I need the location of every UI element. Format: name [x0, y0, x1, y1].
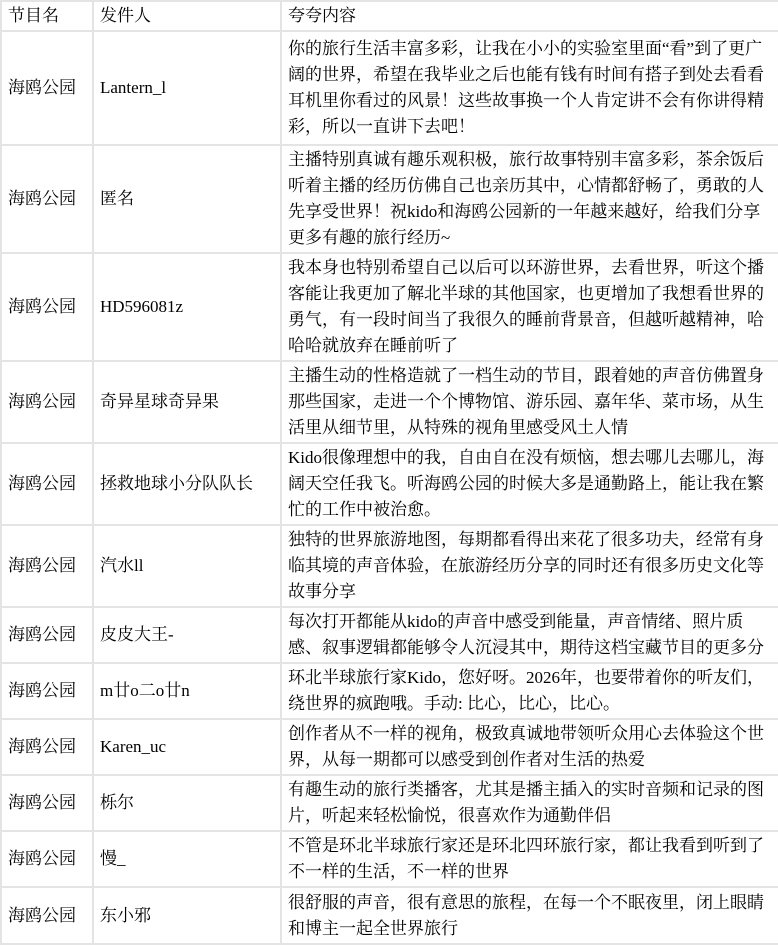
program-cell: 海鸥公园: [1, 663, 93, 719]
table-row: 海鸥公园 汽水ll 独特的世界旅游地图，每期都看得出来花了很多功夫，经常有身临其…: [1, 525, 778, 607]
program-cell: 海鸥公园: [1, 887, 93, 944]
sender-cell: Lantern_l: [93, 31, 281, 145]
sender-cell: 慢_: [93, 831, 281, 887]
content-cell: 你的旅行生活丰富多彩，让我在小小的实验室里面“看”到了更广阔的世界，希望在我毕业…: [281, 31, 778, 145]
sender-cell: 匿名: [93, 145, 281, 253]
table-row: 海鸥公园 匿名 主播特别真诚有趣乐观积极，旅行故事特别丰富多彩，茶余饭后听着主播…: [1, 145, 778, 253]
table-row: 海鸥公园 奇异星球奇异果 主播生动的性格造就了一档生动的节目，跟着她的声音仿佛置…: [1, 361, 778, 443]
program-cell: 海鸥公园: [1, 525, 93, 607]
praise-table: 节目名 发件人 夸夸内容 海鸥公园 Lantern_l 你的旅行生活丰富多彩，让…: [0, 0, 778, 945]
sender-cell: 奇异星球奇异果: [93, 361, 281, 443]
program-cell: 海鸥公园: [1, 775, 93, 831]
header-row: 节目名 发件人 夸夸内容: [1, 1, 778, 31]
content-cell: 创作者从不一样的视角，极致真诚地带领听众用心去体验这个世界，从每一期都可以感受到…: [281, 719, 778, 775]
table-row: 海鸥公园 HD596081z 我本身也特别希望自己以后可以环游世界，去看世界，听…: [1, 253, 778, 361]
header-sender: 发件人: [93, 1, 281, 31]
sender-cell: 栎尔: [93, 775, 281, 831]
table-row: 海鸥公园 慢_ 不管是环北半球旅行家还是环北四环旅行家，都让我看到听到了不一样的…: [1, 831, 778, 887]
program-cell: 海鸥公园: [1, 145, 93, 253]
sender-cell: m廿o二o廿n: [93, 663, 281, 719]
header-content: 夸夸内容: [281, 1, 778, 31]
sender-cell: Karen_uc: [93, 719, 281, 775]
content-cell: 主播生动的性格造就了一档生动的节目，跟着她的声音仿佛置身那些国家，走进一个个博物…: [281, 361, 778, 443]
program-cell: 海鸥公园: [1, 831, 93, 887]
program-cell: 海鸥公园: [1, 443, 93, 525]
content-cell: Kido很像理想中的我，自由自在没有烦恼，想去哪儿去哪儿，海阔天空任我飞。听海鸥…: [281, 443, 778, 525]
content-cell: 主播特别真诚有趣乐观积极，旅行故事特别丰富多彩，茶余饭后听着主播的经历仿佛自己也…: [281, 145, 778, 253]
content-cell: 独特的世界旅游地图，每期都看得出来花了很多功夫，经常有身临其境的声音体验，在旅游…: [281, 525, 778, 607]
content-cell: 不管是环北半球旅行家还是环北四环旅行家，都让我看到听到了不一样的生活，不一样的世…: [281, 831, 778, 887]
sender-cell: 皮皮大王-: [93, 607, 281, 663]
sender-cell: 东小邪: [93, 887, 281, 944]
program-cell: 海鸥公园: [1, 253, 93, 361]
sender-cell: 汽水ll: [93, 525, 281, 607]
table-row: 海鸥公园 皮皮大王- 每次打开都能从kido的声音中感受到能量，声音情绪、照片质…: [1, 607, 778, 663]
program-cell: 海鸥公园: [1, 719, 93, 775]
program-cell: 海鸥公园: [1, 361, 93, 443]
program-cell: 海鸥公园: [1, 31, 93, 145]
table-row: 海鸥公园 栎尔 有趣生动的旅行类播客，尤其是播主插入的实时音频和记录的图片，听起…: [1, 775, 778, 831]
table-row: 海鸥公园 拯救地球小分队队长 Kido很像理想中的我，自由自在没有烦恼，想去哪儿…: [1, 443, 778, 525]
sender-cell: 拯救地球小分队队长: [93, 443, 281, 525]
table-row: 海鸥公园 m廿o二o廿n 环北半球旅行家Kido，您好呀。2026年，也要带着你…: [1, 663, 778, 719]
sender-cell: HD596081z: [93, 253, 281, 361]
header-program: 节目名: [1, 1, 93, 31]
table-row: 海鸥公园 Karen_uc 创作者从不一样的视角，极致真诚地带领听众用心去体验这…: [1, 719, 778, 775]
table-row: 海鸥公园 东小邪 很舒服的声音，很有意思的旅程，在每一个不眠夜里，闭上眼睛和博主…: [1, 887, 778, 944]
content-cell: 很舒服的声音，很有意思的旅程，在每一个不眠夜里，闭上眼睛和博主一起全世界旅行: [281, 887, 778, 944]
content-cell: 有趣生动的旅行类播客，尤其是播主插入的实时音频和记录的图片，听起来轻松愉悦，很喜…: [281, 775, 778, 831]
program-cell: 海鸥公园: [1, 607, 93, 663]
content-cell: 环北半球旅行家Kido，您好呀。2026年，也要带着你的听友们，绕世界的疯跑哦。…: [281, 663, 778, 719]
content-cell: 每次打开都能从kido的声音中感受到能量，声音情绪、照片质感、叙事逻辑都能够令人…: [281, 607, 778, 663]
table-row: 海鸥公园 Lantern_l 你的旅行生活丰富多彩，让我在小小的实验室里面“看”…: [1, 31, 778, 145]
content-cell: 我本身也特别希望自己以后可以环游世界，去看世界，听这个播客能让我更加了解北半球的…: [281, 253, 778, 361]
